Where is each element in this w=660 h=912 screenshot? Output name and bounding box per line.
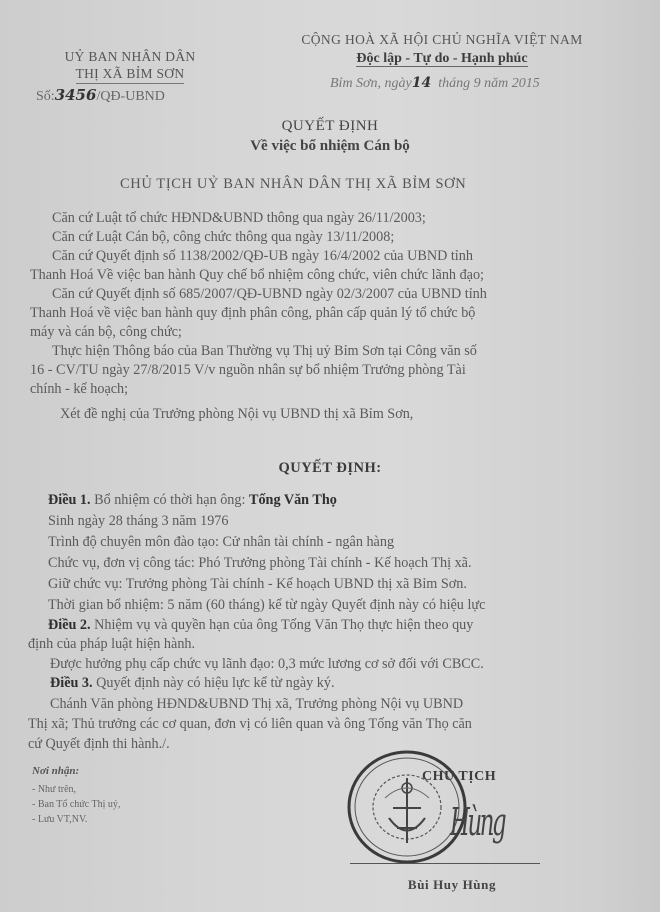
- article-3-text: Quyết định này có hiệu lực kể từ ngày ký…: [93, 675, 335, 691]
- article-3-label: Điều 3.: [50, 675, 93, 691]
- preamble-line: Thanh Hoá về việc ban hành quy định phân…: [30, 305, 475, 322]
- org-line-2: THỊ XÃ BỈM SƠN: [76, 65, 185, 84]
- deciding-authority: CHỦ TỊCH UỶ BAN NHÂN DÂN THỊ XÃ BỈM SƠN: [120, 176, 466, 193]
- preamble-line: Thanh Hoá Về việc ban hành Quy chế bổ nh…: [30, 267, 484, 284]
- article-1-detail: Chức vụ, đơn vị công tác: Phó Trưởng phò…: [48, 555, 472, 572]
- article-2-label: Điều 2.: [48, 617, 91, 633]
- org-line-1: UỶ BAN NHÂN DÂN: [20, 48, 240, 65]
- closing-line: Thị xã; Thủ trưởng các cơ quan, đơn vị c…: [28, 716, 472, 733]
- recipients-title: Nơi nhận:: [32, 765, 79, 777]
- nation-name: CỘNG HOÀ XÃ HỘI CHỦ NGHĨA VIỆT NAM: [262, 30, 622, 49]
- decision-heading: QUYẾT ĐỊNH:: [0, 460, 660, 477]
- date-suffix: tháng 9 năm 2015: [438, 76, 540, 91]
- doc-no-prefix: Số:: [36, 89, 55, 104]
- preamble-line: 16 - CV/TU ngày 27/8/2015 V/v nguồn nhân…: [30, 362, 466, 379]
- document-number: Số:3456/QĐ-UBND: [36, 86, 165, 105]
- preamble-line: Căn cứ Luật tổ chức HĐND&UBND thông qua …: [52, 210, 426, 227]
- document-subject: Về việc bổ nhiệm Cán bộ: [0, 138, 660, 155]
- doc-no-suffix: /QĐ-UBND: [96, 89, 164, 104]
- document-page: UỶ BAN NHÂN DÂN THỊ XÃ BỈM SƠN Số:3456/Q…: [0, 0, 660, 912]
- recipient-item: - Lưu VT,NV.: [32, 814, 87, 825]
- national-header: CỘNG HOÀ XÃ HỘI CHỦ NGHĨA VIỆT NAM Độc l…: [262, 30, 622, 68]
- closing-line: Chánh Văn phòng HĐND&UBND Thị xã, Trưởng…: [50, 696, 463, 713]
- signature-line: [350, 863, 540, 864]
- closing-line: cứ Quyết định thi hành./.: [28, 736, 170, 753]
- date-day-handwritten: 14: [412, 75, 431, 91]
- signer-name: Bùi Huy Hùng: [392, 877, 512, 893]
- preamble-line: Căn cứ Luật Cán bộ, công chức thông qua …: [52, 229, 394, 246]
- preamble-line: máy và cán bộ, công chức;: [30, 324, 182, 341]
- article-2-cont: định của pháp luật hiện hành.: [28, 636, 195, 653]
- article-2-text: Nhiệm vụ và quyền hạn của ông Tống Văn T…: [91, 617, 474, 633]
- date-prefix: Bỉm Sơn, ngày: [330, 76, 412, 91]
- preamble-line: Xét đề nghị của Trưởng phòng Nội vụ UBND…: [60, 406, 413, 423]
- appointee-name: Tống Văn Thọ: [249, 492, 337, 508]
- article-1: Điều 1. Bổ nhiệm có thời hạn ông: Tống V…: [48, 492, 337, 509]
- doc-no-handwritten: 3456: [55, 86, 97, 104]
- national-motto: Độc lập - Tự do - Hạnh phúc: [356, 51, 527, 67]
- recipient-item: - Như trên,: [32, 784, 76, 795]
- recipient-item: - Ban Tổ chức Thị uỷ,: [32, 799, 120, 810]
- article-3: Điều 3. Quyết định này có hiệu lực kể từ…: [50, 675, 335, 692]
- article-1-detail: Trình độ chuyên môn đào tạo: Cử nhân tài…: [48, 534, 394, 551]
- preamble-line: Căn cứ Quyết định số 685/2007/QĐ-UBND ng…: [52, 286, 487, 303]
- preamble-line: chính - kế hoạch;: [30, 381, 128, 398]
- issuing-authority: UỶ BAN NHÂN DÂN THỊ XÃ BỈM SƠN: [20, 48, 240, 84]
- article-1-label: Điều 1.: [48, 492, 91, 508]
- article-1-detail: Thời gian bổ nhiệm: 5 năm (60 tháng) kể …: [48, 597, 485, 614]
- preamble-line: Thực hiện Thông báo của Ban Thường vụ Th…: [52, 343, 477, 360]
- handwritten-signature: Hùng: [450, 800, 504, 844]
- preamble-line: Căn cứ Quyết định số 1138/2002/QĐ-UB ngà…: [52, 248, 473, 265]
- article-1-text: Bổ nhiệm có thời hạn ông:: [91, 492, 249, 508]
- article-2-allowance: Được hưởng phụ cấp chức vụ lãnh đạo: 0,3…: [50, 656, 484, 673]
- signer-title: CHỦ TỊCH: [422, 769, 496, 785]
- article-1-detail: Sinh ngày 28 tháng 3 năm 1976: [48, 513, 228, 530]
- article-1-detail: Giữ chức vụ: Trưởng phòng Tài chính - Kế…: [48, 576, 467, 593]
- article-2: Điều 2. Nhiệm vụ và quyền hạn của ông Tố…: [48, 617, 473, 634]
- document-title: QUYẾT ĐỊNH: [0, 118, 660, 135]
- issue-date: Bỉm Sơn, ngày14 tháng 9 năm 2015: [330, 75, 540, 92]
